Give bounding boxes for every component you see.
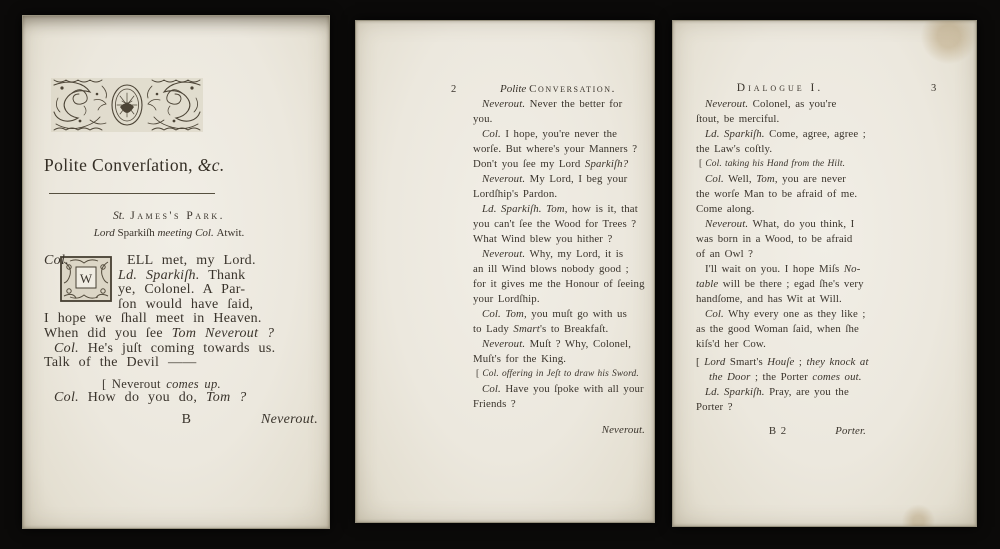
- text-segment: Lord: [704, 356, 730, 368]
- text-segment: you muſt go with us: [527, 308, 627, 320]
- text-segment: Come along.: [696, 203, 754, 215]
- text-segment: Muſt ? Why, Colonel,: [525, 338, 631, 350]
- page-3-text-block: Neverout. Colonel, as you'reſtout, be me…: [696, 97, 866, 415]
- running-header: Polite Conversation.: [468, 83, 648, 95]
- page-2-scan: 2 Polite Conversation. Neverout. Never t…: [355, 20, 655, 523]
- text-segment: Polite Converſation,: [44, 155, 193, 175]
- page-number: 2: [451, 84, 456, 95]
- text-segment: your Lordſhip.: [473, 293, 540, 305]
- body-line: Col. I hope, you're never the: [473, 127, 645, 142]
- text-segment: comes up.: [166, 377, 221, 391]
- text-segment: Col.: [482, 128, 501, 140]
- page-2-footer: Neverout.: [473, 418, 645, 438]
- body-line: Ld. Sparkiſh. Thank: [44, 269, 318, 284]
- body-line: the worſe Man to be afraid of me.: [696, 187, 866, 202]
- text-segment: Talk of the Devil ——: [44, 355, 197, 370]
- book-title: Polite Converſation, &c.: [44, 155, 225, 176]
- text-segment: Smart's: [730, 356, 767, 368]
- body-line: kiſs'd her Cow.: [696, 337, 866, 352]
- signature-catchword-row: B Neverout.: [44, 413, 318, 428]
- text-segment: worſe. But where's your Manners ?: [473, 143, 637, 155]
- text-segment: Col.: [54, 341, 79, 356]
- text-segment: Col. Tom,: [482, 308, 527, 320]
- text-segment: He's juſt coming towards us.: [79, 341, 275, 356]
- title-rule: [49, 193, 215, 194]
- text-segment: How do you do,: [79, 390, 206, 405]
- text-segment: , you are never: [775, 173, 846, 185]
- text-segment: ſtout, be merciful.: [696, 113, 779, 125]
- text-segment: Thank: [200, 268, 246, 283]
- text-segment: Conversation.: [529, 83, 616, 95]
- body-line: worſe. But where's your Manners ?: [473, 142, 645, 157]
- text-segment: Ld. Sparkiſh.: [118, 268, 200, 283]
- signature-catchword-row: B 2 Porter.: [696, 424, 866, 439]
- body-line: Col. He's juſt coming towards us.: [44, 342, 318, 357]
- text-segment: Col.: [705, 308, 724, 320]
- page-number: 3: [931, 83, 936, 94]
- body-line: Neverout. Muſt ? Why, Colonel,: [473, 337, 645, 352]
- text-segment: of an Owl ?: [696, 248, 753, 260]
- text-segment: Come, agree, agree ;: [765, 128, 866, 140]
- body-line: Muſt's for the King.: [473, 352, 645, 367]
- catchword: Porter.: [835, 424, 866, 439]
- text-segment: ; the Porter: [751, 371, 813, 383]
- text-segment: Neverout.: [705, 98, 748, 110]
- text-segment: the Door: [709, 371, 751, 383]
- text-segment: handſome, and has Wit at Will.: [696, 293, 842, 305]
- text-segment: meeting: [157, 227, 195, 239]
- text-segment: Never the better for: [525, 98, 622, 110]
- page-1-footer: B Neverout.: [44, 409, 318, 428]
- text-segment: Atwit.: [216, 227, 244, 239]
- text-segment: Neverout.: [482, 98, 525, 110]
- text-segment: What Wind blew you hither ?: [473, 233, 612, 245]
- text-segment: you.: [473, 113, 493, 125]
- headpiece-ornament: [50, 76, 204, 134]
- text-segment: Smart: [513, 323, 540, 335]
- page-1-scan: Polite Converſation, &c. St. James's Par…: [22, 15, 330, 529]
- page-2-text-block: Neverout. Never the better foryou.Col. I…: [473, 97, 645, 412]
- body-line: an ill Wind blows nobody good ;: [473, 262, 645, 277]
- body-line: handſome, and has Wit at Will.: [696, 292, 866, 307]
- body-line: ſtout, be merciful.: [696, 112, 866, 127]
- body-line: for it gives me the Honour of ſeeing: [473, 277, 645, 292]
- text-segment: Tom: [756, 173, 775, 185]
- text-segment: Col.: [44, 253, 69, 268]
- text-segment: &c.: [193, 155, 225, 175]
- body-line: Neverout. My Lord, I beg your: [473, 172, 645, 187]
- body-line: the Law's coſtly.: [696, 142, 866, 157]
- scene-subheading: Lord Sparkiſh meeting Col. Atwit.: [44, 227, 294, 239]
- scene-heading: St. James's Park.: [44, 210, 294, 222]
- text-segment: Houſe: [767, 356, 794, 368]
- text-segment: Col. taking his Hand from the Hilt.: [705, 159, 845, 169]
- body-line: Ld. Sparkiſh. Come, agree, agree ;: [696, 127, 866, 142]
- text-segment: the worſe Man to be afraid of me.: [696, 188, 857, 200]
- text-segment: Don't you ſee my Lord: [473, 158, 585, 170]
- text-segment: Have you ſpoke with all your: [501, 383, 644, 395]
- text-segment: Col.: [482, 383, 501, 395]
- text-segment: Col.: [54, 390, 79, 405]
- text-segment: Colonel, as you're: [748, 98, 836, 110]
- text-segment: James's Park.: [125, 210, 225, 222]
- text-segment: an ill Wind blows nobody good ;: [473, 263, 629, 275]
- body-line: Neverout. Never the better for: [473, 97, 645, 112]
- text-segment: Dialogue I.: [737, 82, 823, 94]
- text-segment: I hope we ſhall meet in Heaven.: [44, 311, 262, 326]
- running-header: Dialogue I.: [696, 82, 864, 94]
- body-line: Come along.: [696, 202, 866, 217]
- text-segment: What, do you think, I: [748, 218, 854, 230]
- signature-mark: B 2: [769, 424, 786, 439]
- body-line: the Door ; the Porter comes out.: [696, 370, 866, 385]
- text-segment: Lordſhip's Pardon.: [473, 188, 557, 200]
- body-line: Col. How do you do, Tom ?: [44, 391, 318, 406]
- text-segment: Col.: [705, 173, 724, 185]
- text-segment: comes out.: [812, 371, 861, 383]
- body-line: was born in a Wood, to be afraid: [696, 232, 866, 247]
- body-line: you can't ſee the Wood for Trees ?: [473, 217, 645, 232]
- text-segment: kiſs'd her Cow.: [696, 338, 766, 350]
- body-line: Col.ELL met, my Lord.: [44, 254, 318, 269]
- text-segment: Sparkiſh?: [585, 158, 628, 170]
- body-line: you.: [473, 112, 645, 127]
- body-line: as the good Woman ſaid, when ſhe: [696, 322, 866, 337]
- text-segment: Well,: [724, 173, 756, 185]
- text-segment: I hope, you're never the: [501, 128, 617, 140]
- text-segment: I'll wait on you. I hope Miſs: [705, 263, 844, 275]
- text-segment: to Lady: [473, 323, 513, 335]
- text-segment: St.: [113, 210, 125, 222]
- text-segment: My Lord, I beg your: [525, 173, 627, 185]
- body-line: When did you ſee Tom Neverout ?: [44, 327, 318, 342]
- text-segment: as the good Woman ſaid, when ſhe: [696, 323, 859, 335]
- body-line: Col. Well, Tom, you are never: [696, 172, 866, 187]
- text-segment: Tom Neverout ?: [172, 326, 275, 341]
- text-segment: Sparkiſh: [117, 227, 157, 239]
- text-segment: Neverout.: [482, 173, 525, 185]
- body-line: Neverout. Colonel, as you're: [696, 97, 866, 112]
- body-line: Don't you ſee my Lord Sparkiſh?: [473, 157, 645, 172]
- text-segment: [ Neverout: [102, 377, 166, 391]
- text-segment: for it gives me the Honour of ſeeing: [473, 278, 645, 290]
- text-segment: was born in a Wood, to be afraid: [696, 233, 852, 245]
- text-segment: Ld. Sparkiſh. Tom,: [482, 203, 568, 215]
- text-segment: When did you ſee: [44, 326, 172, 341]
- text-segment: Friends ?: [473, 398, 516, 410]
- text-segment: Neverout.: [482, 338, 525, 350]
- catchword-row: Neverout.: [473, 423, 645, 438]
- body-line: What Wind blew you hither ?: [473, 232, 645, 247]
- text-segment: Muſt's for the King.: [473, 353, 566, 365]
- text-segment: No-: [844, 263, 861, 275]
- text-segment: how is it, that: [568, 203, 638, 215]
- body-line: [ Lord Smart's Houſe ; they knock at: [696, 355, 866, 370]
- text-segment: [: [696, 356, 704, 368]
- text-segment: Neverout.: [705, 218, 748, 230]
- signature-mark: B: [182, 413, 192, 428]
- body-line: Ld. Sparkiſh. Pray, are you the: [696, 385, 866, 400]
- text-segment: ye, Colonel. A Par-: [118, 282, 245, 297]
- body-line: table will be there ; egad ſhe's very: [696, 277, 866, 292]
- text-segment: Ld. Sparkiſh.: [705, 386, 765, 398]
- page-3-scan: 3 Dialogue I. Neverout. Colonel, as you'…: [672, 20, 977, 527]
- body-line: Lordſhip's Pardon.: [473, 187, 645, 202]
- body-line: Friends ?: [473, 397, 645, 412]
- body-line: ye, Colonel. A Par-: [44, 283, 318, 298]
- text-segment: the Law's coſtly.: [696, 143, 772, 155]
- page-3-footer: B 2 Porter.: [696, 419, 866, 439]
- text-segment: Lord: [94, 227, 118, 239]
- body-line: Porter ?: [696, 400, 866, 415]
- body-line: Col. Why every one as they like ;: [696, 307, 866, 322]
- body-line: [ Col. taking his Hand from the Hilt.: [696, 157, 866, 172]
- text-segment: Why every one as they like ;: [724, 308, 866, 320]
- text-segment: will be there ; egad ſhe's very: [718, 278, 863, 290]
- body-line: Col. Have you ſpoke with all your: [473, 382, 645, 397]
- catchword: Neverout.: [261, 413, 318, 428]
- text-segment: Polite: [500, 83, 529, 95]
- body-line: [ Neverout comes up.: [44, 377, 318, 392]
- body-line: Talk of the Devil ——: [44, 356, 318, 371]
- catchword: Neverout.: [602, 423, 645, 438]
- text-segment: Why, my Lord, it is: [525, 248, 623, 260]
- text-segment: Ld. Sparkiſh.: [705, 128, 765, 140]
- body-line: of an Owl ?: [696, 247, 866, 262]
- body-line: Neverout. What, do you think, I: [696, 217, 866, 232]
- text-segment: Col.: [195, 227, 216, 239]
- text-segment: Neverout.: [482, 248, 525, 260]
- body-line: Ld. Sparkiſh. Tom, how is it, that: [473, 202, 645, 217]
- text-segment: Porter ?: [696, 401, 733, 413]
- text-segment: Tom ?: [206, 390, 247, 405]
- text-segment: you can't ſee the Wood for Trees ?: [473, 218, 636, 230]
- text-segment: Pray, are you the: [765, 386, 849, 398]
- text-segment: ;: [794, 356, 806, 368]
- body-line: [ Col. offering in Jeſt to draw his Swor…: [473, 367, 645, 382]
- text-segment: ELL met, my Lord.: [127, 253, 256, 268]
- body-line: Col. Tom, you muſt go with us: [473, 307, 645, 322]
- body-line: ſon would have ſaid,: [44, 298, 318, 313]
- body-line: your Lordſhip.: [473, 292, 645, 307]
- body-line: I'll wait on you. I hope Miſs No-: [696, 262, 866, 277]
- text-segment: ſon would have ſaid,: [118, 297, 253, 312]
- text-segment: Col. offering in Jeſt to draw his Sword.: [482, 369, 638, 379]
- body-line: to Lady Smart's to Breakfaſt.: [473, 322, 645, 337]
- body-line: Neverout. Why, my Lord, it is: [473, 247, 645, 262]
- page-1-text-block: Col.ELL met, my Lord.Ld. Sparkiſh. Thank…: [44, 254, 318, 406]
- text-segment: they knock at: [807, 356, 869, 368]
- body-line: I hope we ſhall meet in Heaven.: [44, 312, 318, 327]
- text-segment: table: [696, 278, 718, 290]
- photograph-background: Polite Converſation, &c. St. James's Par…: [0, 0, 1000, 549]
- text-segment: 's to Breakfaſt.: [540, 323, 608, 335]
